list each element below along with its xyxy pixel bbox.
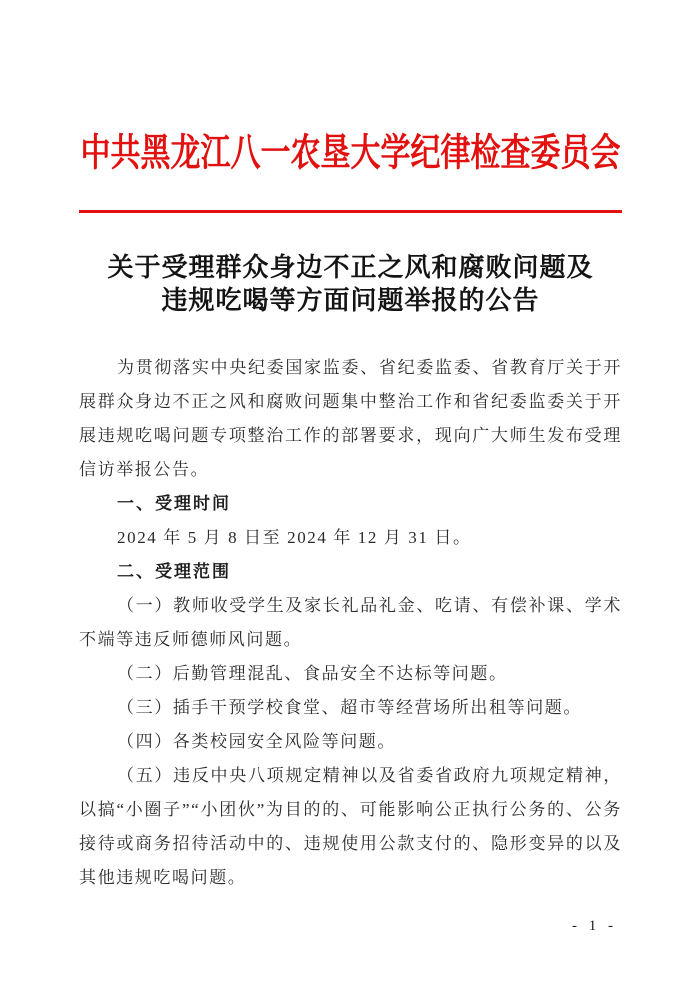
document-body: 为贯彻落实中央纪委国家监委、省纪委监委、省教育厅关于开展群众身边不正之风和腐败问… bbox=[79, 351, 622, 895]
scope-item-3: （三）插手干预学校食堂、超市等经营场所出租等问题。 bbox=[79, 691, 622, 725]
acceptance-time-dates: 2024 年 5 月 8 日至 2024 年 12 月 31 日。 bbox=[79, 521, 622, 555]
red-divider-rule bbox=[79, 210, 622, 213]
document-page: 中共黑龙江八一农垦大学纪律检查委员会 关于受理群众身边不正之风和腐败问题及 违规… bbox=[0, 0, 699, 982]
section-heading-acceptance-time: 一、受理时间 bbox=[79, 487, 622, 521]
document-title: 关于受理群众身边不正之风和腐败问题及 违规吃喝等方面问题举报的公告 bbox=[79, 251, 622, 317]
scope-item-2: （二）后勤管理混乱、食品安全不达标等问题。 bbox=[79, 657, 622, 691]
page-number: - 1 - bbox=[572, 918, 617, 935]
letterhead-title: 中共黑龙江八一农垦大学纪律检查委员会 bbox=[79, 121, 622, 187]
scope-item-5: （五）违反中央八项规定精神以及省委省政府九项规定精神，以搞“小圈子”“小团伙”为… bbox=[79, 759, 622, 895]
document-title-line2: 违规吃喝等方面问题举报的公告 bbox=[161, 286, 539, 315]
scope-item-1: （一）教师收受学生及家长礼品礼金、吃请、有偿补课、学术不端等违反师德师风问题。 bbox=[79, 589, 622, 657]
scope-item-4: （四）各类校园安全风险等问题。 bbox=[79, 725, 622, 759]
document-title-line1: 关于受理群众身边不正之风和腐败问题及 bbox=[107, 253, 593, 282]
intro-paragraph: 为贯彻落实中央纪委国家监委、省纪委监委、省教育厅关于开展群众身边不正之风和腐败问… bbox=[79, 351, 622, 487]
section-heading-acceptance-scope: 二、受理范围 bbox=[79, 555, 622, 589]
